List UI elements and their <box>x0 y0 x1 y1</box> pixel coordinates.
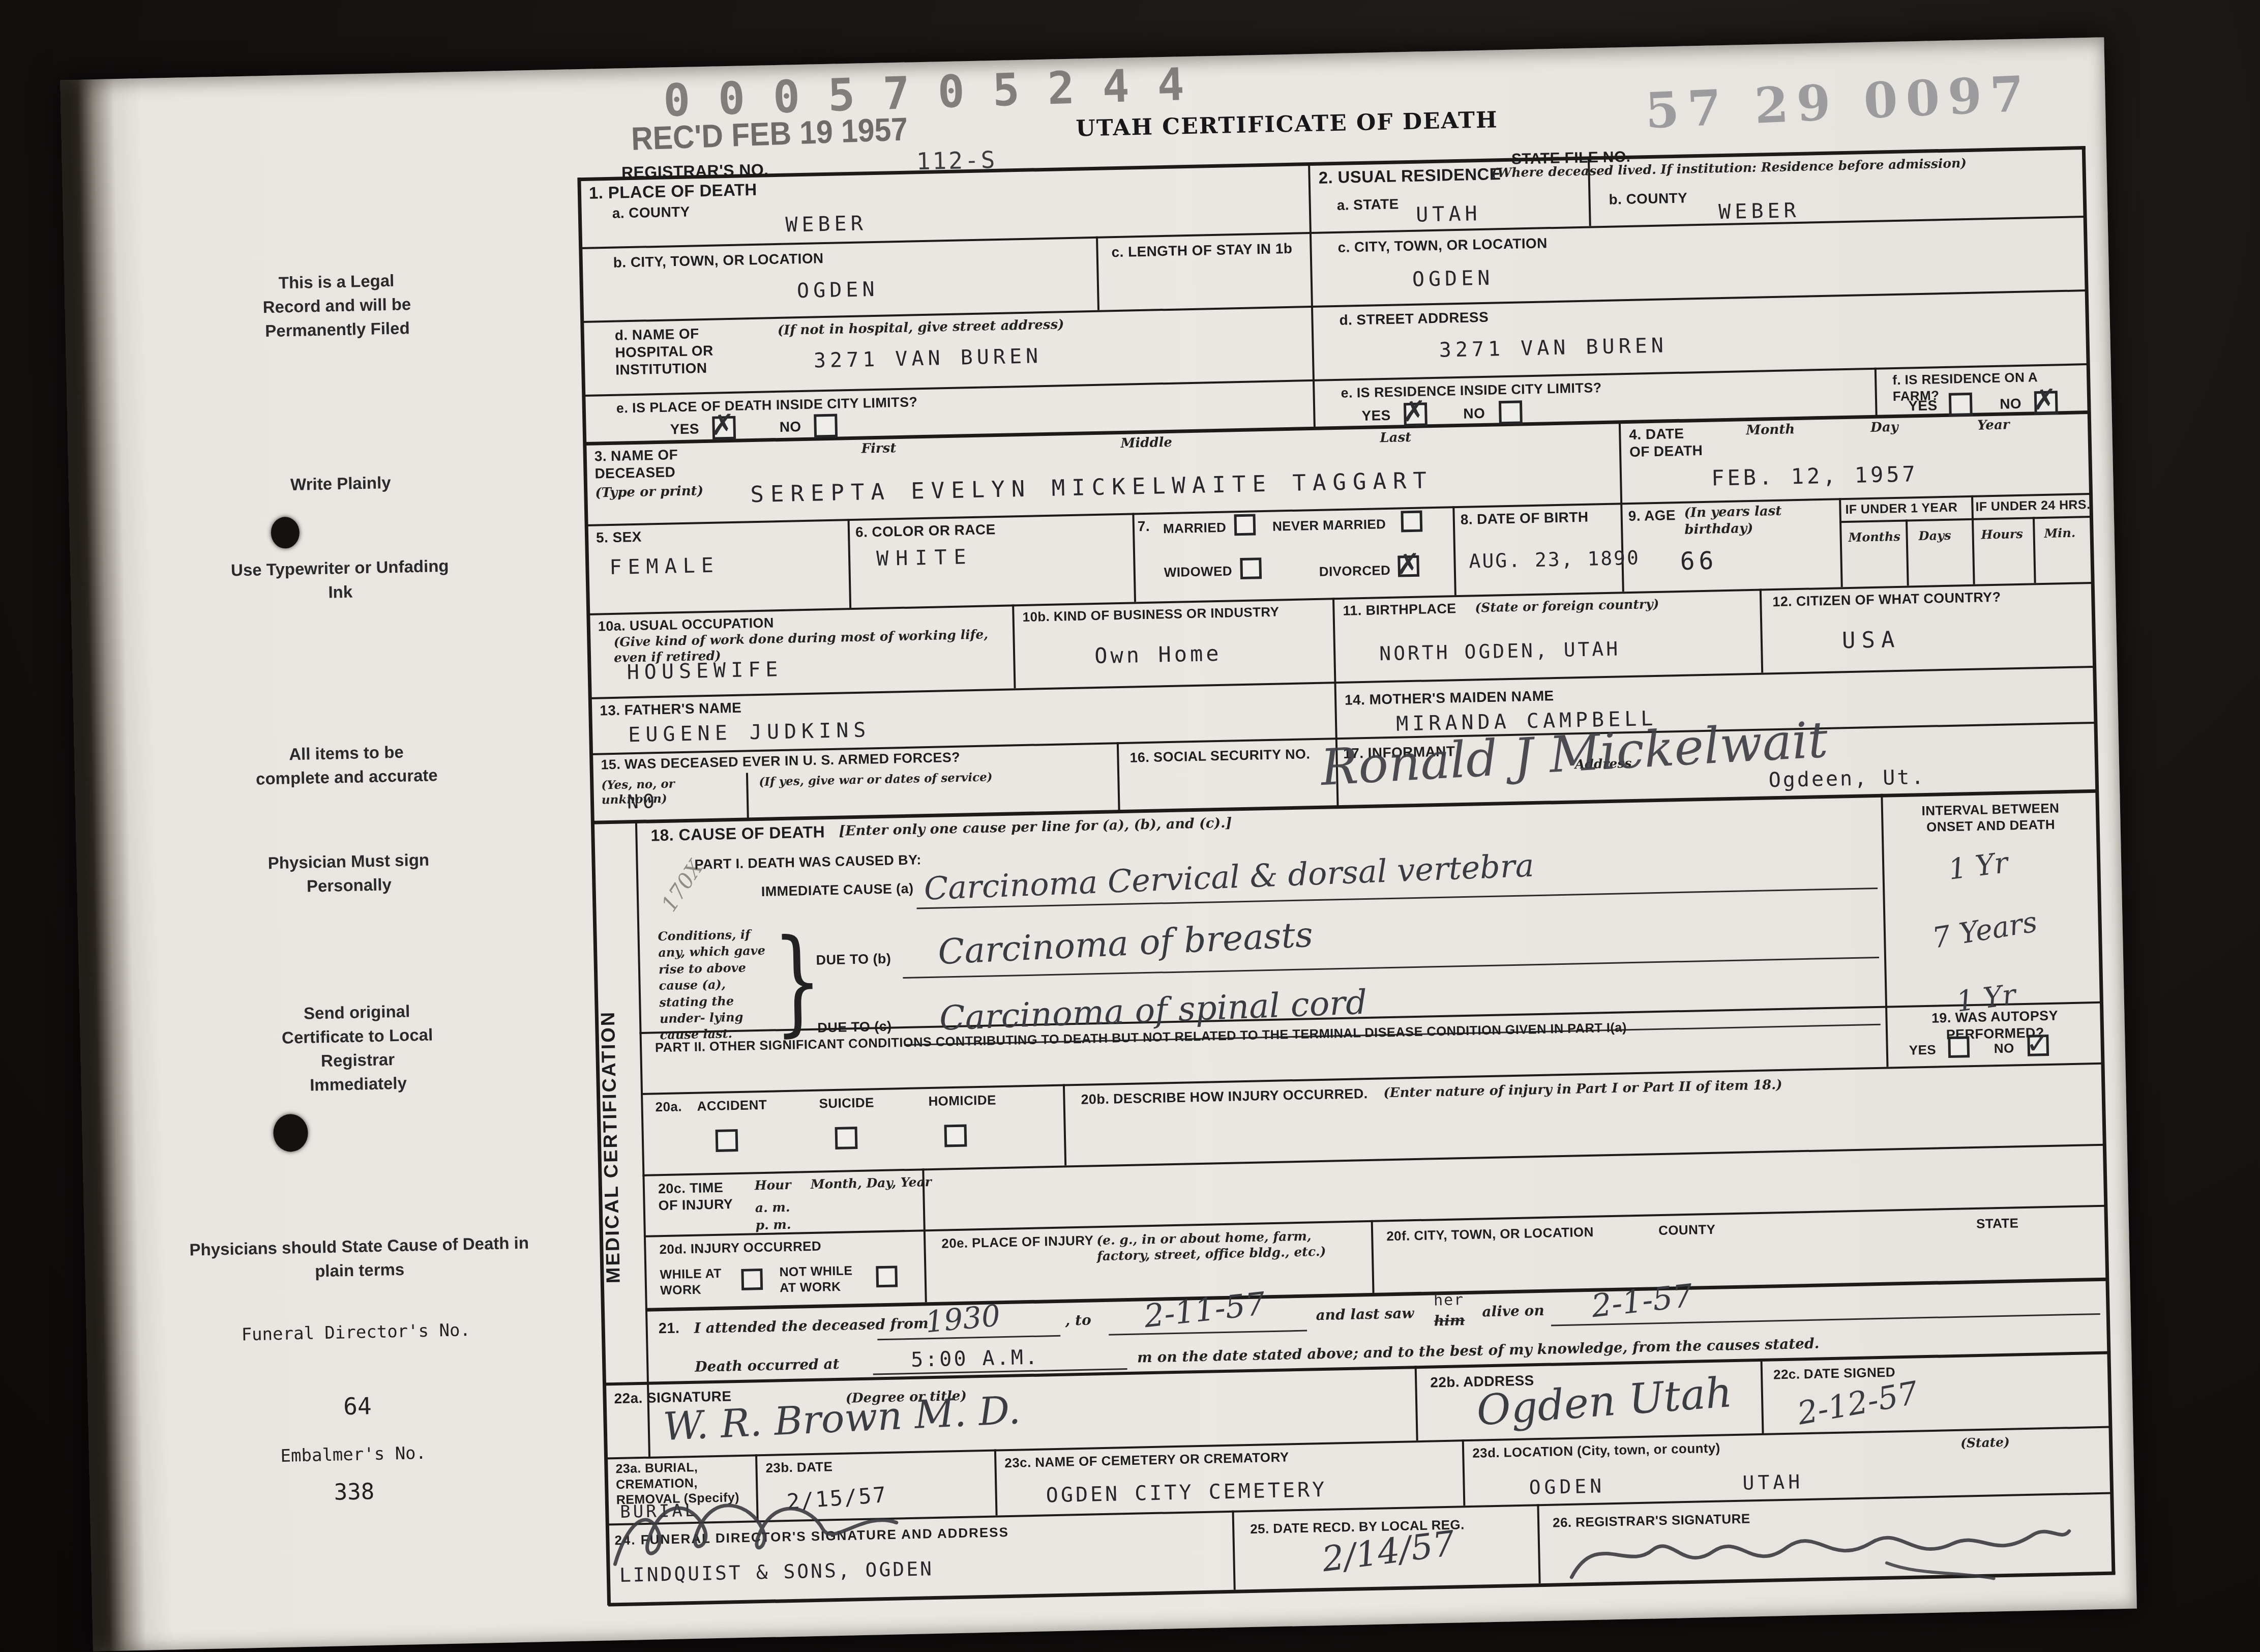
field-23c-label: 23c. NAME OF CEMETERY OR CREMATORY <box>1004 1449 1289 1471</box>
field-20d-notwhile-label: NOT WHILE AT WORK <box>779 1263 871 1296</box>
field-3-label: 3. NAME OF DECEASED <box>594 446 711 483</box>
field-7-married-label: MARRIED <box>1163 520 1227 537</box>
field-2a-label: a. STATE <box>1336 195 1399 214</box>
field-18-due-b-label: DUE TO (b) <box>816 951 891 969</box>
field-20a-suicide-checkbox <box>835 1127 858 1149</box>
field-12-label: 12. CITIZEN OF WHAT COUNTRY? <box>1772 589 2001 610</box>
field-19-no-checkbox <box>2027 1035 2049 1056</box>
field-20c-label: 20c. TIME OF INJURY <box>658 1179 745 1214</box>
field-1d-hint: (If not in hospital, give street address… <box>777 316 1064 339</box>
line <box>1232 1511 1235 1590</box>
field-20f-county-label: COUNTY <box>1658 1222 1716 1239</box>
line <box>1063 1084 1066 1165</box>
field-7-never-married-label: NEVER MARRIED <box>1272 516 1386 535</box>
hole-punch <box>273 1114 309 1152</box>
field-18-conditions-hint: Conditions, if any, which gave rise to a… <box>658 926 777 1044</box>
field-23d-state-hint: (State) <box>1960 1434 2010 1451</box>
field-10b-value: Own Home <box>1094 641 1222 668</box>
line <box>641 1063 2102 1095</box>
field-1b-value: OGDEN <box>797 278 879 303</box>
field-13-label: 13. FATHER'S NAME <box>600 699 742 720</box>
field-21-to-value: 2-11-57 <box>1142 1285 1267 1335</box>
field-6-value: WHITE <box>876 545 973 571</box>
field-23c-value: OGDEN CITY CEMETERY <box>1046 1478 1327 1508</box>
field-1e-no-checkbox <box>814 414 838 438</box>
field-21-him: him <box>1434 1311 1465 1330</box>
margin-note-plain-terms: Physicians should State Cause of Death i… <box>186 1231 533 1286</box>
line <box>1308 163 1316 428</box>
field-15-value: NO <box>627 790 659 813</box>
field-11-hint: (State or foreign country) <box>1475 596 1659 616</box>
field-4-month-label: Month <box>1746 421 1795 439</box>
line <box>644 1205 2105 1237</box>
field-20f-state-label: STATE <box>1976 1215 2019 1232</box>
field-21-alive-value: 2-1-57 <box>1590 1277 1694 1324</box>
hole-punch <box>271 517 300 549</box>
field-2d-value: 3271 VAN BUREN <box>1439 334 1668 362</box>
line <box>1839 498 1843 587</box>
field-9-value: 66 <box>1680 546 1718 576</box>
field-18-due-c-label: DUE TO (c) <box>817 1018 892 1037</box>
field-20a-suicide-label: SUICIDE <box>819 1095 874 1112</box>
funeral-directors-no-label: Funeral Director's No. <box>177 1317 534 1348</box>
line <box>1537 1504 1540 1583</box>
field-21-her: her <box>1434 1291 1465 1309</box>
field-15-hint1: (Yes, no, or unknown) <box>601 776 734 808</box>
field-3-value: SEREPTA EVELYN MICKELWAITE TAGGART <box>750 467 1433 508</box>
line <box>1132 513 1136 602</box>
field-19-yes-checkbox <box>1948 1036 1970 1058</box>
line <box>1117 742 1120 811</box>
field-9-under24-label: IF UNDER 24 HRS. <box>1975 497 2090 515</box>
line <box>1371 1220 1375 1293</box>
field-21-time-value: 5:00 A.M. <box>911 1346 1040 1372</box>
field-2d-label: d. STREET ADDRESS <box>1339 309 1489 329</box>
field-14-label: 14. MOTHER'S MAIDEN NAME <box>1345 687 1554 709</box>
line <box>583 363 2088 397</box>
line <box>1452 506 1456 595</box>
field-20f-label: 20f. CITY, TOWN, OR LOCATION <box>1386 1224 1594 1245</box>
field-20a-homicide-checkbox <box>944 1125 967 1147</box>
field-2f-yes-label: YES <box>1908 397 1938 415</box>
line <box>877 1335 1060 1341</box>
field-21-text3: and last saw <box>1316 1304 1414 1324</box>
line <box>1096 237 1099 310</box>
brace: } <box>772 914 823 1048</box>
field-4-year-label: Year <box>1977 417 2010 434</box>
field-18-cause-b-value: Carcinoma of breasts <box>937 915 1314 973</box>
field-22c-value: 2-12-57 <box>1795 1374 1921 1432</box>
field-20a-accident-checkbox <box>716 1129 738 1152</box>
line <box>1012 604 1016 688</box>
field-21-text2: , to <box>1065 1311 1091 1330</box>
field-7-divorced-checkbox <box>1397 555 1419 577</box>
field-2e-no-label: NO <box>1463 405 1485 423</box>
margin-note-legal-record: This is a Legal Record and will be Perma… <box>252 269 422 343</box>
field-18-interval-header: INTERVAL BETWEEN ONSET AND DEATH <box>1899 800 2083 836</box>
field-9-months-label: Months <box>1848 529 1900 545</box>
field-8-value: AUG. 23, 1890 <box>1469 547 1640 573</box>
field-18-part1: PART I. DEATH WAS CAUSED BY: <box>694 851 921 873</box>
field-2e-label: e. IS RESIDENCE INSIDE CITY LIMITS? <box>1341 379 1602 402</box>
field-20d-notwhile-checkbox <box>876 1265 898 1287</box>
field-9-hours-label: Hours <box>1981 526 2023 543</box>
scan-background: 0005705244 REC'D FEB 19 1957 REGISTRAR'S… <box>0 0 2260 1652</box>
funeral-director-signature <box>598 1471 926 1579</box>
margin-note-use-typewriter: Use Typewriter or Unfading Ink <box>218 554 463 607</box>
field-2-title: 2. USUAL RESIDENCE <box>1318 164 1501 188</box>
field-20b-hint: (Enter nature of injury in Part I or Par… <box>1383 1077 1782 1102</box>
margin-note-all-items: All items to be complete and accurate <box>252 740 441 791</box>
field-21-text1: I attended the deceased from <box>694 1314 929 1337</box>
field-2e-no-checkbox <box>1499 400 1523 424</box>
field-19-label: 19. WAS AUTOPSY PERFORMED? <box>1911 1007 2079 1044</box>
field-17-address-value: Ogdeen, Ut. <box>1768 765 1926 792</box>
field-18-interval-b-value: 7 Years <box>1930 905 2039 955</box>
field-7-divorced-label: DIVORCED <box>1319 563 1391 580</box>
field-20a-accident-label: ACCIDENT <box>697 1097 767 1115</box>
field-18-title: 18. CAUSE OF DEATH <box>650 822 825 845</box>
field-15-hint2: (If yes, give war or dates of service) <box>759 769 1084 790</box>
field-13-value: EUGENE JUDKINS <box>628 718 871 747</box>
line <box>746 773 749 818</box>
field-11-label: 11. BIRTHPLACE <box>1343 600 1456 619</box>
field-7-widowed-checkbox <box>1240 557 1262 579</box>
field-2c-label: c. CITY, TOWN, OR LOCATION <box>1337 234 1548 256</box>
field-2f-no-checkbox <box>2034 391 2058 415</box>
field-18-immediate-label: IMMEDIATE CAUSE (a) <box>761 880 913 900</box>
field-20e-label: 20e. PLACE OF INJURY <box>941 1232 1093 1252</box>
field-20d-while-label: WHILE AT WORK <box>660 1265 741 1298</box>
field-3-last-label: Last <box>1380 429 1411 447</box>
field-20c-am-label: a. m. <box>755 1199 790 1216</box>
line <box>1881 794 1888 1067</box>
embalmers-no-label: Embalmer's No. <box>190 1440 516 1470</box>
field-3-hint: (Type or print) <box>595 483 703 501</box>
line <box>584 410 2089 446</box>
field-12-value: USA <box>1841 627 1901 654</box>
field-19-no-label: NO <box>1994 1040 2014 1057</box>
field-20a-homicide-label: HOMICIDE <box>928 1092 996 1110</box>
field-1d-value: 3271 VAN BUREN <box>813 344 1042 372</box>
line <box>589 666 2094 699</box>
field-23d-city-value: OGDEN <box>1529 1474 1605 1498</box>
field-1a-label: a. COUNTY <box>612 203 690 222</box>
field-2b-value: WEBER <box>1718 199 1800 224</box>
field-8-label: 8. DATE OF BIRTH <box>1460 509 1588 528</box>
field-1d-label: d. NAME OF HOSPITAL OR INSTITUTION <box>614 324 753 379</box>
field-2e-yes-label: YES <box>1361 407 1391 425</box>
field-3-middle-label: Middle <box>1120 434 1172 452</box>
field-1a-value: WEBER <box>785 212 867 237</box>
registrar-signature <box>1560 1511 2080 1592</box>
field-16-label: 16. SOCIAL SECURITY NO. <box>1129 746 1310 766</box>
field-3-first-label: First <box>861 440 896 457</box>
field-20e-hint: (e. g., in or about home, farm, factory,… <box>1096 1227 1361 1264</box>
field-20c-hour-label: Hour <box>755 1177 791 1194</box>
page-title: UTAH CERTIFICATE OF DEATH <box>1076 107 1498 141</box>
field-10a-value: HOUSEWIFE <box>627 658 783 684</box>
field-9-label: 9. AGE <box>1628 507 1676 525</box>
field-10b-label: 10b. KIND OF BUSINESS OR INDUSTRY <box>1022 603 1328 625</box>
field-6-label: 6. COLOR OR RACE <box>855 521 996 541</box>
line <box>2033 517 2036 583</box>
field-1e-yes-checkbox <box>712 416 736 440</box>
field-21-from-value: 1930 <box>924 1298 1002 1339</box>
field-4-value: FEB. 12, 1957 <box>1711 461 1919 491</box>
margin-note-physician-sign: Physician Must sign Personally <box>259 848 438 899</box>
field-2f-no-label: NO <box>2000 395 2022 413</box>
line <box>1109 1330 1307 1336</box>
field-7-married-checkbox <box>1234 514 1256 536</box>
field-1c-label: c. LENGTH OF STAY IN 1b <box>1111 240 1300 261</box>
line <box>1332 598 1337 737</box>
field-9-under1-label: IF UNDER 1 YEAR <box>1845 499 1957 517</box>
margin-note-write-plainly: Write Plainly <box>231 470 450 498</box>
field-1e-yes-label: YES <box>670 420 699 438</box>
field-20c-mdy-label: Month, Day, Year <box>811 1174 932 1192</box>
field-2e-yes-checkbox <box>1404 402 1428 426</box>
field-1e-no-label: NO <box>779 418 801 436</box>
line <box>1875 368 1878 416</box>
state-file-no-value: 57 29 0097 <box>1644 65 2034 139</box>
field-9-hint: (In years last birthday) <box>1684 503 1801 538</box>
line <box>1415 1366 1418 1440</box>
field-20d-while-checkbox <box>741 1268 763 1290</box>
field-23d-label: 23d. LOCATION (City, town, or county) <box>1472 1440 1720 1462</box>
field-1e-label: e. IS PLACE OF DEATH INSIDE CITY LIMITS? <box>616 394 918 417</box>
field-19-yes-label: YES <box>1909 1042 1937 1059</box>
field-9-min-label: Min. <box>2044 525 2075 541</box>
field-20d-label: 20d. INJURY OCCURRED <box>659 1238 821 1258</box>
field-21-text5: Death occurred at <box>695 1355 840 1376</box>
line <box>642 1144 2104 1176</box>
field-11-value: NORTH OGDEN, UTAH <box>1379 637 1621 665</box>
funeral-directors-no-value: 64 <box>179 1386 536 1426</box>
field-5-value: FEMALE <box>609 553 720 579</box>
field-21-text4: alive on <box>1482 1302 1544 1321</box>
field-20c-pm-label: p. m. <box>755 1217 791 1233</box>
field-7-never-married-checkbox <box>1401 511 1422 533</box>
field-5-label: 5. SEX <box>596 528 642 547</box>
field-7-num: 7. <box>1138 518 1150 536</box>
line <box>1760 1359 1764 1433</box>
line <box>1760 589 1763 673</box>
field-20a-num: 20a. <box>655 1099 682 1115</box>
field-4-label: 4. DATE OF DEATH <box>1629 425 1706 461</box>
field-2f-yes-checkbox <box>1949 393 1973 417</box>
line <box>2082 146 2116 1574</box>
field-21-num: 21. <box>658 1319 679 1338</box>
line <box>1462 1439 1466 1506</box>
field-1-title: 1. PLACE OF DEATH <box>589 180 757 203</box>
field-4-day-label: Day <box>1870 419 1898 436</box>
field-1b-label: b. CITY, TOWN, OR LOCATION <box>613 250 823 272</box>
field-20b-label: 20b. DESCRIBE HOW INJURY OCCURRED. <box>1081 1085 1368 1108</box>
embalmers-no-value: 338 <box>191 1473 517 1511</box>
field-7-widowed-label: WIDOWED <box>1164 563 1233 581</box>
field-9-days-label: Days <box>1918 528 1951 544</box>
field-23d-state-value: UTAH <box>1742 1470 1803 1494</box>
field-2b-label: b. COUNTY <box>1609 189 1687 208</box>
line <box>994 1449 998 1515</box>
certificate-paper: 0005705244 REC'D FEB 19 1957 REGISTRAR'S… <box>60 37 2137 1651</box>
line <box>1906 520 1909 586</box>
field-18-interval-a-value: 1 Yr <box>1947 846 2010 887</box>
field-2a-value: UTAH <box>1416 202 1481 227</box>
line <box>847 519 851 608</box>
field-18-title-hint: [Enter only one cause per line for (a), … <box>839 815 1232 840</box>
margin-note-send-original: Send original Certificate to Local Regis… <box>275 999 440 1098</box>
field-2c-value: OGDEN <box>1412 266 1494 291</box>
line <box>1971 495 1975 584</box>
